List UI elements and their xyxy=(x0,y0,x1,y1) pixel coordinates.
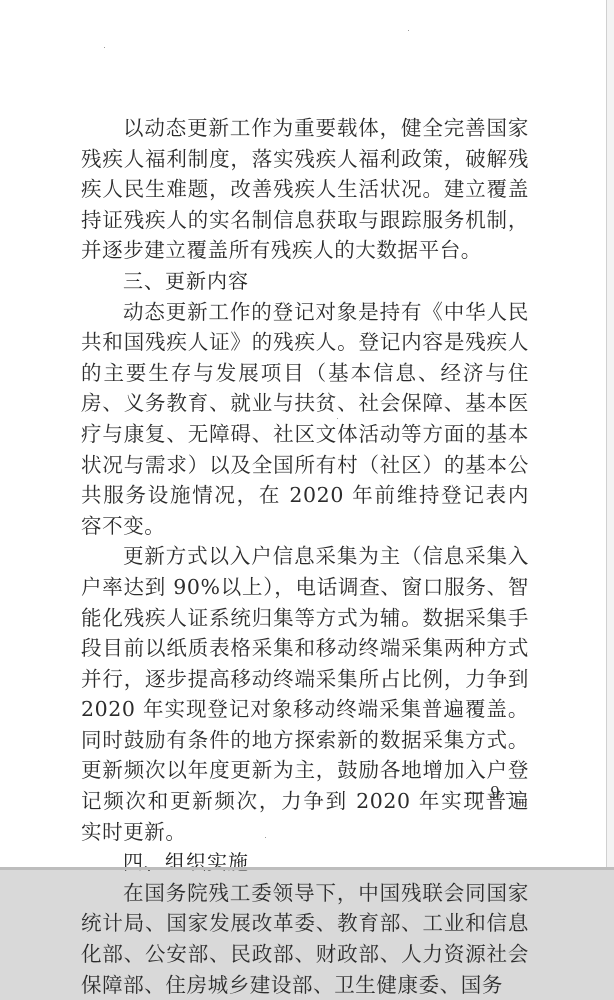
page-number: — 9 — xyxy=(466,782,525,803)
paragraph-purpose: 以动态更新工作为重要载体，健全完善国家残疾人福利制度，落实残疾人福利政策，破解残… xyxy=(81,113,529,266)
scan-speck xyxy=(265,837,266,838)
section-heading-update-content: 三、更新内容 xyxy=(81,266,529,297)
scan-speck xyxy=(408,30,409,31)
paragraph-registration-scope: 动态更新工作的登记对象是持有《中华人民共和国残疾人证》的残疾人。登记内容是残疾人… xyxy=(81,297,529,542)
paragraph-update-method: 更新方式以入户信息采集为主（信息采集入户率达到 90%以上），电话调查、窗口服务… xyxy=(81,541,529,847)
scan-speck xyxy=(296,560,297,561)
scan-speck xyxy=(337,418,338,419)
document-page: 以动态更新工作为重要载体，健全完善国家残疾人福利制度，落实残疾人福利政策，破解残… xyxy=(0,0,606,867)
scan-speck xyxy=(104,47,105,48)
page-edge-right xyxy=(606,0,614,870)
document-body: 以动态更新工作为重要载体，健全完善国家残疾人福利制度，落实残疾人福利政策，破解残… xyxy=(81,113,529,870)
